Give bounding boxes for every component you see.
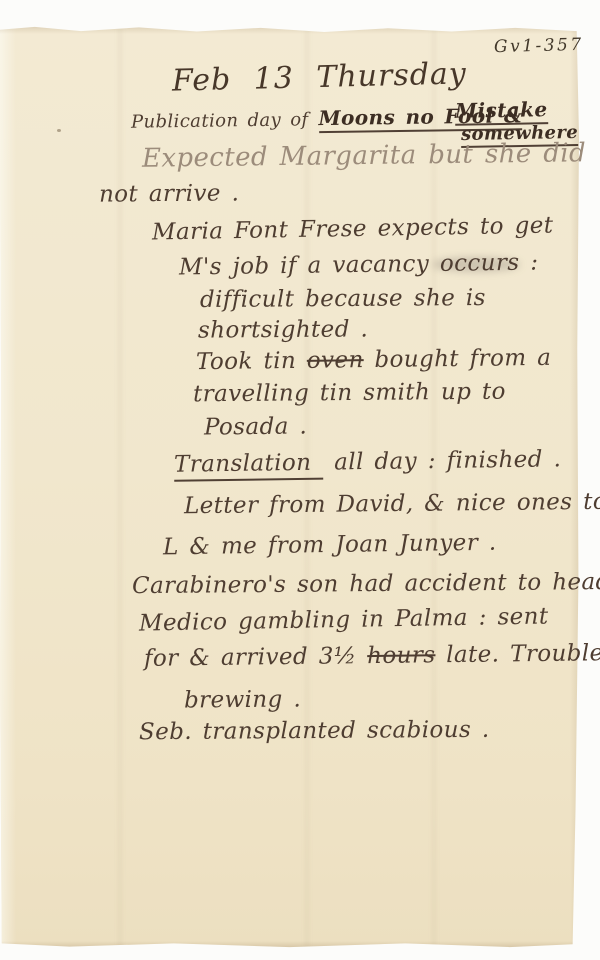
archive-reference: Gv1-357 xyxy=(494,35,584,57)
diary-line: Carabinero's son had accident to head . xyxy=(132,569,600,599)
diary-line: difficult because she is xyxy=(200,285,486,313)
struck-word: hours xyxy=(367,642,436,669)
diary-line: Posada . xyxy=(204,413,307,440)
mistake-note: Mistake xyxy=(455,97,548,126)
paper-crease xyxy=(118,26,122,948)
line-text: for & arrived 3½ xyxy=(144,643,367,672)
ink-speck xyxy=(57,129,61,132)
line-text: Took tin xyxy=(196,348,307,375)
diary-line: M's job if a vacancy occurs : xyxy=(179,249,539,280)
diary-line: for & arrived 3½ hours late. Trouble xyxy=(144,640,600,672)
diary-line: Letter from David, & nice ones to xyxy=(184,489,600,519)
diary-line: Seb. transplanted scabious . xyxy=(139,717,490,745)
diary-line: travelling tin smith up to xyxy=(193,379,506,408)
scanned-diary-page: { "colors": { "background": "#fcfcfa", "… xyxy=(0,0,600,960)
diary-line: Took tin oven bought from a xyxy=(196,345,552,375)
line-text: all day : finished . xyxy=(323,446,561,475)
date-heading: Feb 13 Thursday xyxy=(172,56,468,98)
line-text: bought from a xyxy=(364,345,552,373)
diary-line: Translation all day : finished . xyxy=(174,446,562,477)
diary-line: L & me from Joan Junyer . xyxy=(163,530,497,561)
diary-line: not arrive . xyxy=(99,180,240,207)
diary-line: Expected Margarita but she did xyxy=(142,138,586,173)
diary-line: shortsighted . xyxy=(198,316,368,343)
line-text: late. Trouble xyxy=(435,640,600,668)
diary-line: brewing . xyxy=(184,686,301,713)
publication-prefix: Publication day of xyxy=(131,109,309,132)
struck-word: oven xyxy=(307,347,364,374)
underlined-word: Translation xyxy=(174,450,324,482)
